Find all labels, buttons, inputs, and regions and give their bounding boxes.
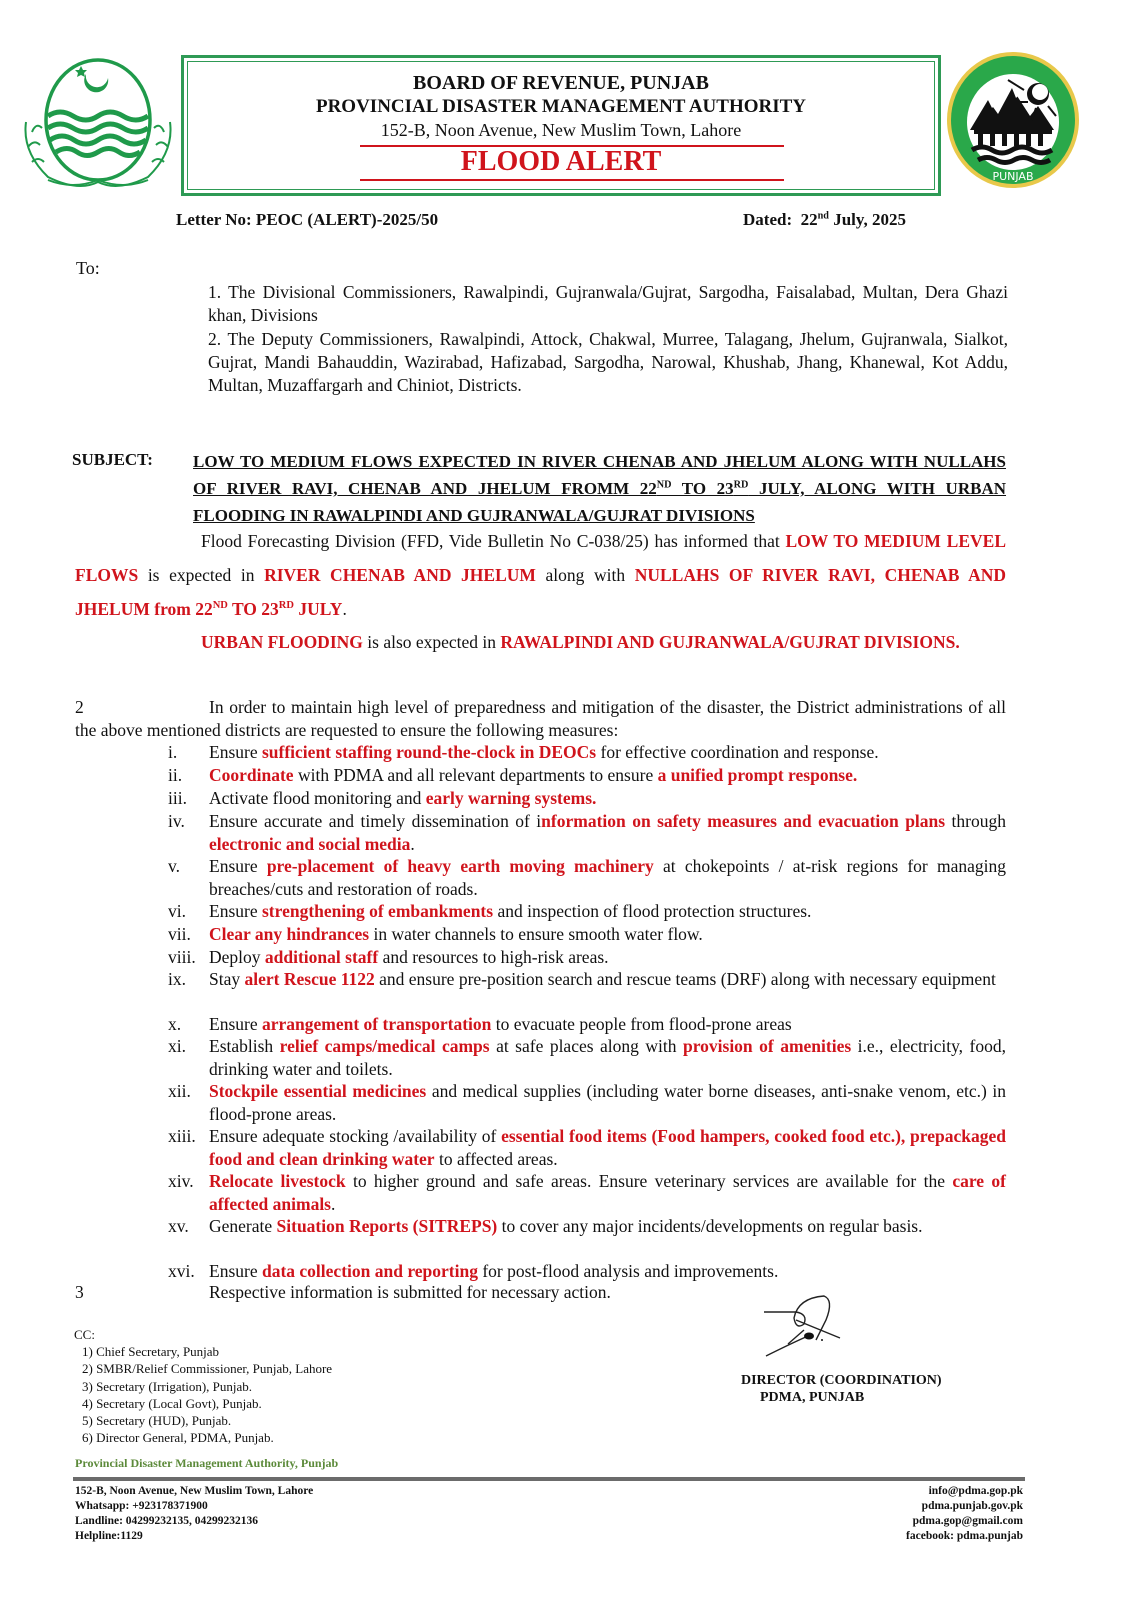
measure-number: vii.: [168, 923, 206, 946]
measure-item: xiii.Ensure adequate stocking /availabil…: [168, 1125, 1006, 1170]
measure-text: Ensure adequate stocking /availability o…: [209, 1125, 1006, 1170]
measure-number: viii.: [168, 946, 206, 969]
measure-text: Deploy additional staff and resources to…: [209, 946, 1006, 969]
cc-list: CC: 1) Chief Secretary, Punjab 2) SMBR/R…: [74, 1326, 332, 1446]
svg-text:PUNJAB: PUNJAB: [992, 170, 1033, 183]
measure-item: xii.Stockpile essential medicines and me…: [168, 1080, 1006, 1125]
measure-text: Ensure pre-placement of heavy earth movi…: [209, 855, 1006, 900]
measure-item: ii.Coordinate with PDMA and all relevant…: [168, 764, 1006, 787]
measure-item: vi.Ensure strengthening of embankments a…: [168, 900, 1006, 923]
measure-number: xv.: [168, 1215, 206, 1238]
measure-text: Stay alert Rescue 1122 and ensure pre-po…: [209, 968, 1006, 991]
measure-item: viii.Deploy additional staff and resourc…: [168, 946, 1006, 969]
measure-number: i.: [168, 741, 206, 764]
measure-item: x.Ensure arrangement of transportation t…: [168, 1013, 1006, 1036]
measure-number: iii.: [168, 787, 206, 810]
footer-org-name: Provincial Disaster Management Authority…: [75, 1456, 338, 1471]
measure-number: iv.: [168, 810, 206, 833]
measure-text: Ensure data collection and reporting for…: [209, 1260, 1006, 1283]
signature-icon: [760, 1290, 850, 1360]
measure-number: xvi.: [168, 1260, 206, 1283]
footer-address: 152-B, Noon Avenue, New Muslim Town, Lah…: [75, 1484, 313, 1499]
footer-whatsapp: Whatsapp: +923178371900: [75, 1499, 313, 1514]
footer-landline: Landline: 04299232135, 04299232136: [75, 1514, 313, 1529]
footer-contact-left: 152-B, Noon Avenue, New Muslim Town, Lah…: [75, 1484, 313, 1544]
red-rule-bottom: [360, 179, 784, 181]
measure-item: xvi.Ensure data collection and reporting…: [168, 1260, 1006, 1283]
measure-text: Ensure accurate and timely dissemination…: [209, 810, 1006, 855]
measure-item: xiv.Relocate livestock to higher ground …: [168, 1170, 1006, 1215]
measure-text: Generate Situation Reports (SITREPS) to …: [209, 1215, 1006, 1238]
cc-item: 6) Director General, PDMA, Punjab.: [74, 1429, 332, 1446]
measure-item: i.Ensure sufficient staffing round-the-c…: [168, 741, 1006, 764]
flood-alert-title: FLOOD ALERT: [188, 146, 934, 178]
cc-label: CC:: [74, 1326, 332, 1343]
measure-number: xiv.: [168, 1170, 206, 1193]
subject-text: LOW TO MEDIUM FLOWS EXPECTED IN RIVER CH…: [193, 448, 1006, 529]
cc-item: 1) Chief Secretary, Punjab: [74, 1343, 332, 1360]
letter-number: Letter No: PEOC (ALERT)-2025/50: [176, 210, 438, 230]
measure-number: x.: [168, 1013, 206, 1036]
measure-text: Activate flood monitoring and early warn…: [209, 787, 1006, 810]
signatory-block: DIRECTOR (COORDINATION) PDMA, PUNJAB: [741, 1372, 942, 1406]
measure-text: Clear any hindrances in water channels t…: [209, 923, 1006, 946]
footer-website-link[interactable]: pdma.punjab.gov.pk: [906, 1499, 1023, 1514]
measure-text: Coordinate with PDMA and all relevant de…: [209, 764, 1006, 787]
measure-text: Stockpile essential medicines and medica…: [209, 1080, 1006, 1125]
measure-text: Ensure arrangement of transportation to …: [209, 1013, 1006, 1036]
to-label: To:: [76, 258, 100, 279]
measure-item: vii.Clear any hindrances in water channe…: [168, 923, 1006, 946]
board-title: BOARD OF REVENUE, PUNJAB: [188, 72, 934, 95]
measure-item: v.Ensure pre-placement of heavy earth mo…: [168, 855, 1006, 900]
addressee-divisional-commissioners: 1. The Divisional Commissioners, Rawalpi…: [208, 281, 1008, 327]
footer-email-link[interactable]: info@pdma.gop.pk: [906, 1484, 1023, 1499]
closing-paragraph: 3Respective information is submitted for…: [75, 1281, 1006, 1304]
measure-item: iii.Activate flood monitoring and early …: [168, 787, 1006, 810]
subject-label: SUBJECT:: [72, 450, 153, 470]
measure-item: iv.Ensure accurate and timely disseminat…: [168, 810, 1006, 855]
signatory-title: DIRECTOR (COORDINATION): [741, 1372, 942, 1389]
measure-number: ix.: [168, 968, 206, 991]
footer-contact-right: info@pdma.gop.pk pdma.punjab.gov.pk pdma…: [906, 1484, 1023, 1544]
addressee-deputy-commissioners: 2. The Deputy Commissioners, Rawalpindi,…: [208, 328, 1008, 397]
measure-text: Establish relief camps/medical camps at …: [209, 1035, 1006, 1080]
cc-item: 2) SMBR/Relief Commissioner, Punjab, Lah…: [74, 1360, 332, 1377]
pdma-emblem-icon: PUNJAB: [944, 50, 1082, 190]
measure-number: ii.: [168, 764, 206, 787]
urban-flooding-paragraph: URBAN FLOODING is also expected in RAWAL…: [75, 625, 1006, 659]
footer-facebook-link[interactable]: facebook: pdma.punjab: [906, 1529, 1023, 1544]
measure-number: v.: [168, 855, 206, 878]
measure-number: vi.: [168, 900, 206, 923]
cc-item: 5) Secretary (HUD), Punjab.: [74, 1412, 332, 1429]
forecast-paragraph: Flood Forecasting Division (FFD, Vide Bu…: [75, 524, 1006, 626]
measure-text: Ensure strengthening of embankments and …: [209, 900, 1006, 923]
punjab-government-emblem-icon: [18, 52, 178, 197]
measure-item: xv.Generate Situation Reports (SITREPS) …: [168, 1215, 1006, 1238]
letter-date: Dated: 22nd July, 2025: [743, 210, 906, 230]
authority-title: PROVINCIAL DISASTER MANAGEMENT AUTHORITY: [188, 96, 934, 118]
letterhead-address: 152-B, Noon Avenue, New Muslim Town, Lah…: [188, 120, 934, 141]
measure-text: Ensure sufficient staffing round-the-clo…: [209, 741, 1006, 764]
cc-item: 4) Secretary (Local Govt), Punjab.: [74, 1395, 332, 1412]
measure-number: xiii.: [168, 1125, 206, 1148]
measure-text: Relocate livestock to higher ground and …: [209, 1170, 1006, 1215]
cc-item: 3) Secretary (Irrigation), Punjab.: [74, 1378, 332, 1395]
footer-helpline: Helpline:1129: [75, 1529, 313, 1544]
preparedness-paragraph: 2In order to maintain high level of prep…: [75, 696, 1006, 742]
measure-number: xi.: [168, 1035, 206, 1058]
measure-number: xii.: [168, 1080, 206, 1103]
footer-gmail-link[interactable]: pdma.gop@gmail.com: [906, 1514, 1023, 1529]
measure-item: xi.Establish relief camps/medical camps …: [168, 1035, 1006, 1080]
measure-item: ix.Stay alert Rescue 1122 and ensure pre…: [168, 968, 1006, 991]
signatory-org: PDMA, PUNJAB: [741, 1389, 942, 1406]
letterhead-box: BOARD OF REVENUE, PUNJAB PROVINCIAL DISA…: [181, 55, 941, 196]
footer-divider: [73, 1477, 1025, 1481]
